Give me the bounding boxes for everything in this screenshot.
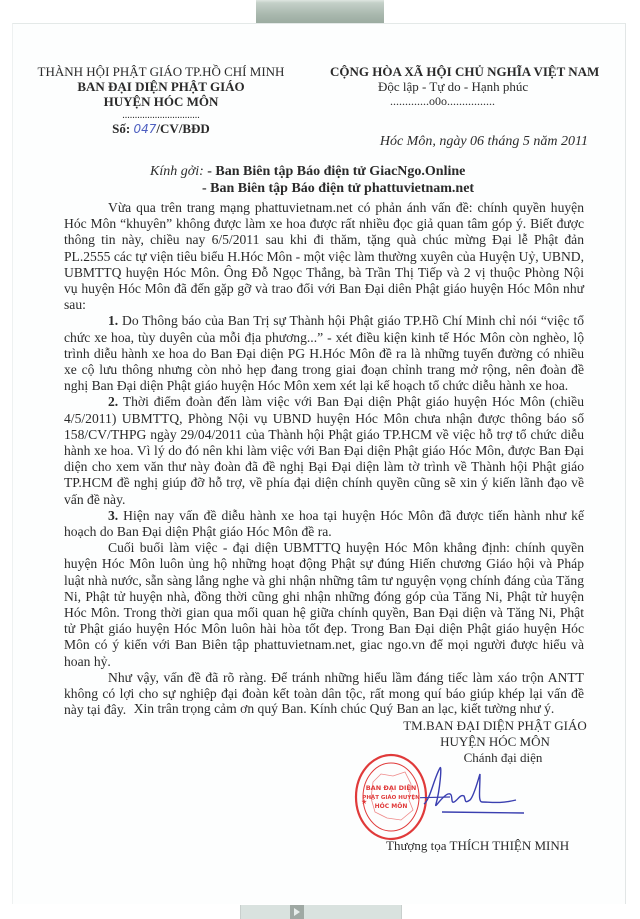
handwritten-signature xyxy=(420,760,530,820)
scanner-bottom-strip xyxy=(240,905,402,919)
document-date: Hóc Môn, ngày 06 tháng 5 năm 2011 xyxy=(0,134,588,150)
recipient-1: - Ban Biên tập Báo điện tử GiacNgo.Onlin… xyxy=(204,164,466,179)
signature-org: TM.BAN ĐẠI DIỆN PHẬT GIÁO xyxy=(380,718,610,734)
issuer-org: BAN ĐẠI DIỆN PHẬT GIÁO xyxy=(36,79,286,94)
svg-text:★: ★ xyxy=(361,798,367,806)
recipient-2: - Ban Biên tập Báo điện tử phattuvietnam… xyxy=(150,180,474,197)
paragraph-point-3: 3. Hiện nay vấn đề diễu hành xe hoa tại … xyxy=(64,508,584,540)
paragraph-intro: Vừa qua trên trang mạng phattuvietnam.ne… xyxy=(64,200,584,313)
closing-line: Xin trân trọng cảm ơn quý Ban. Kính chúc… xyxy=(64,701,584,717)
national-divider: .............o0o................ xyxy=(330,94,600,109)
recipients-label: Kính gởi: xyxy=(150,164,204,179)
svg-text:BAN ĐẠI DIỆN: BAN ĐẠI DIỆN xyxy=(366,783,417,792)
official-seal-icon: BAN ĐẠI DIỆN PHẬT GIÁO HUYỆN HÓC MÔN ★ xyxy=(353,752,429,842)
signature-district: HUYỆN HÓC MÔN xyxy=(380,734,610,750)
point-number: 1. xyxy=(108,313,118,328)
issuer-district: HUYỆN HÓC MÔN xyxy=(36,94,286,109)
paragraph-point-2: 2. Thời điểm đoàn đến làm việc với Ban Đ… xyxy=(64,394,584,507)
recipients: Kính gởi: - Ban Biên tập Báo điện tử Gia… xyxy=(150,163,474,197)
issuer-parent-org: THÀNH HỘI PHẬT GIÁO TP.HỒ CHÍ MINH xyxy=(36,64,286,79)
point-number: 3. xyxy=(108,508,118,523)
national-motto: Độc lập - Tự do - Hạnh phúc xyxy=(330,79,600,94)
paragraph-conclusion-meeting: Cuối buổi làm việc - đại diện UBMTTQ huy… xyxy=(64,540,584,670)
paragraph-point-1: 1. Do Thông báo của Ban Trị sự Thành hội… xyxy=(64,313,584,394)
video-film-icon[interactable] xyxy=(290,905,304,919)
point-number: 2. xyxy=(108,394,118,409)
svg-text:HÓC MÔN: HÓC MÔN xyxy=(375,803,408,810)
issuer-header: THÀNH HỘI PHẬT GIÁO TP.HỒ CHÍ MINH BAN Đ… xyxy=(36,64,286,137)
scanner-top-strip xyxy=(256,0,384,24)
national-title: CỘNG HÒA XÃ HỘI CHỦ NGHĨA VIỆT NAM xyxy=(330,64,600,79)
signer-name: Thượng tọa THÍCH THIỆN MINH xyxy=(386,838,569,854)
svg-text:PHẬT GIÁO HUYỆN: PHẬT GIÁO HUYỆN xyxy=(362,793,420,801)
header-dots: ............................... xyxy=(36,110,286,121)
national-header: CỘNG HÒA XÃ HỘI CHỦ NGHĨA VIỆT NAM Độc l… xyxy=(330,64,600,109)
letter-body: Vừa qua trên trang mạng phattuvietnam.ne… xyxy=(64,200,584,719)
